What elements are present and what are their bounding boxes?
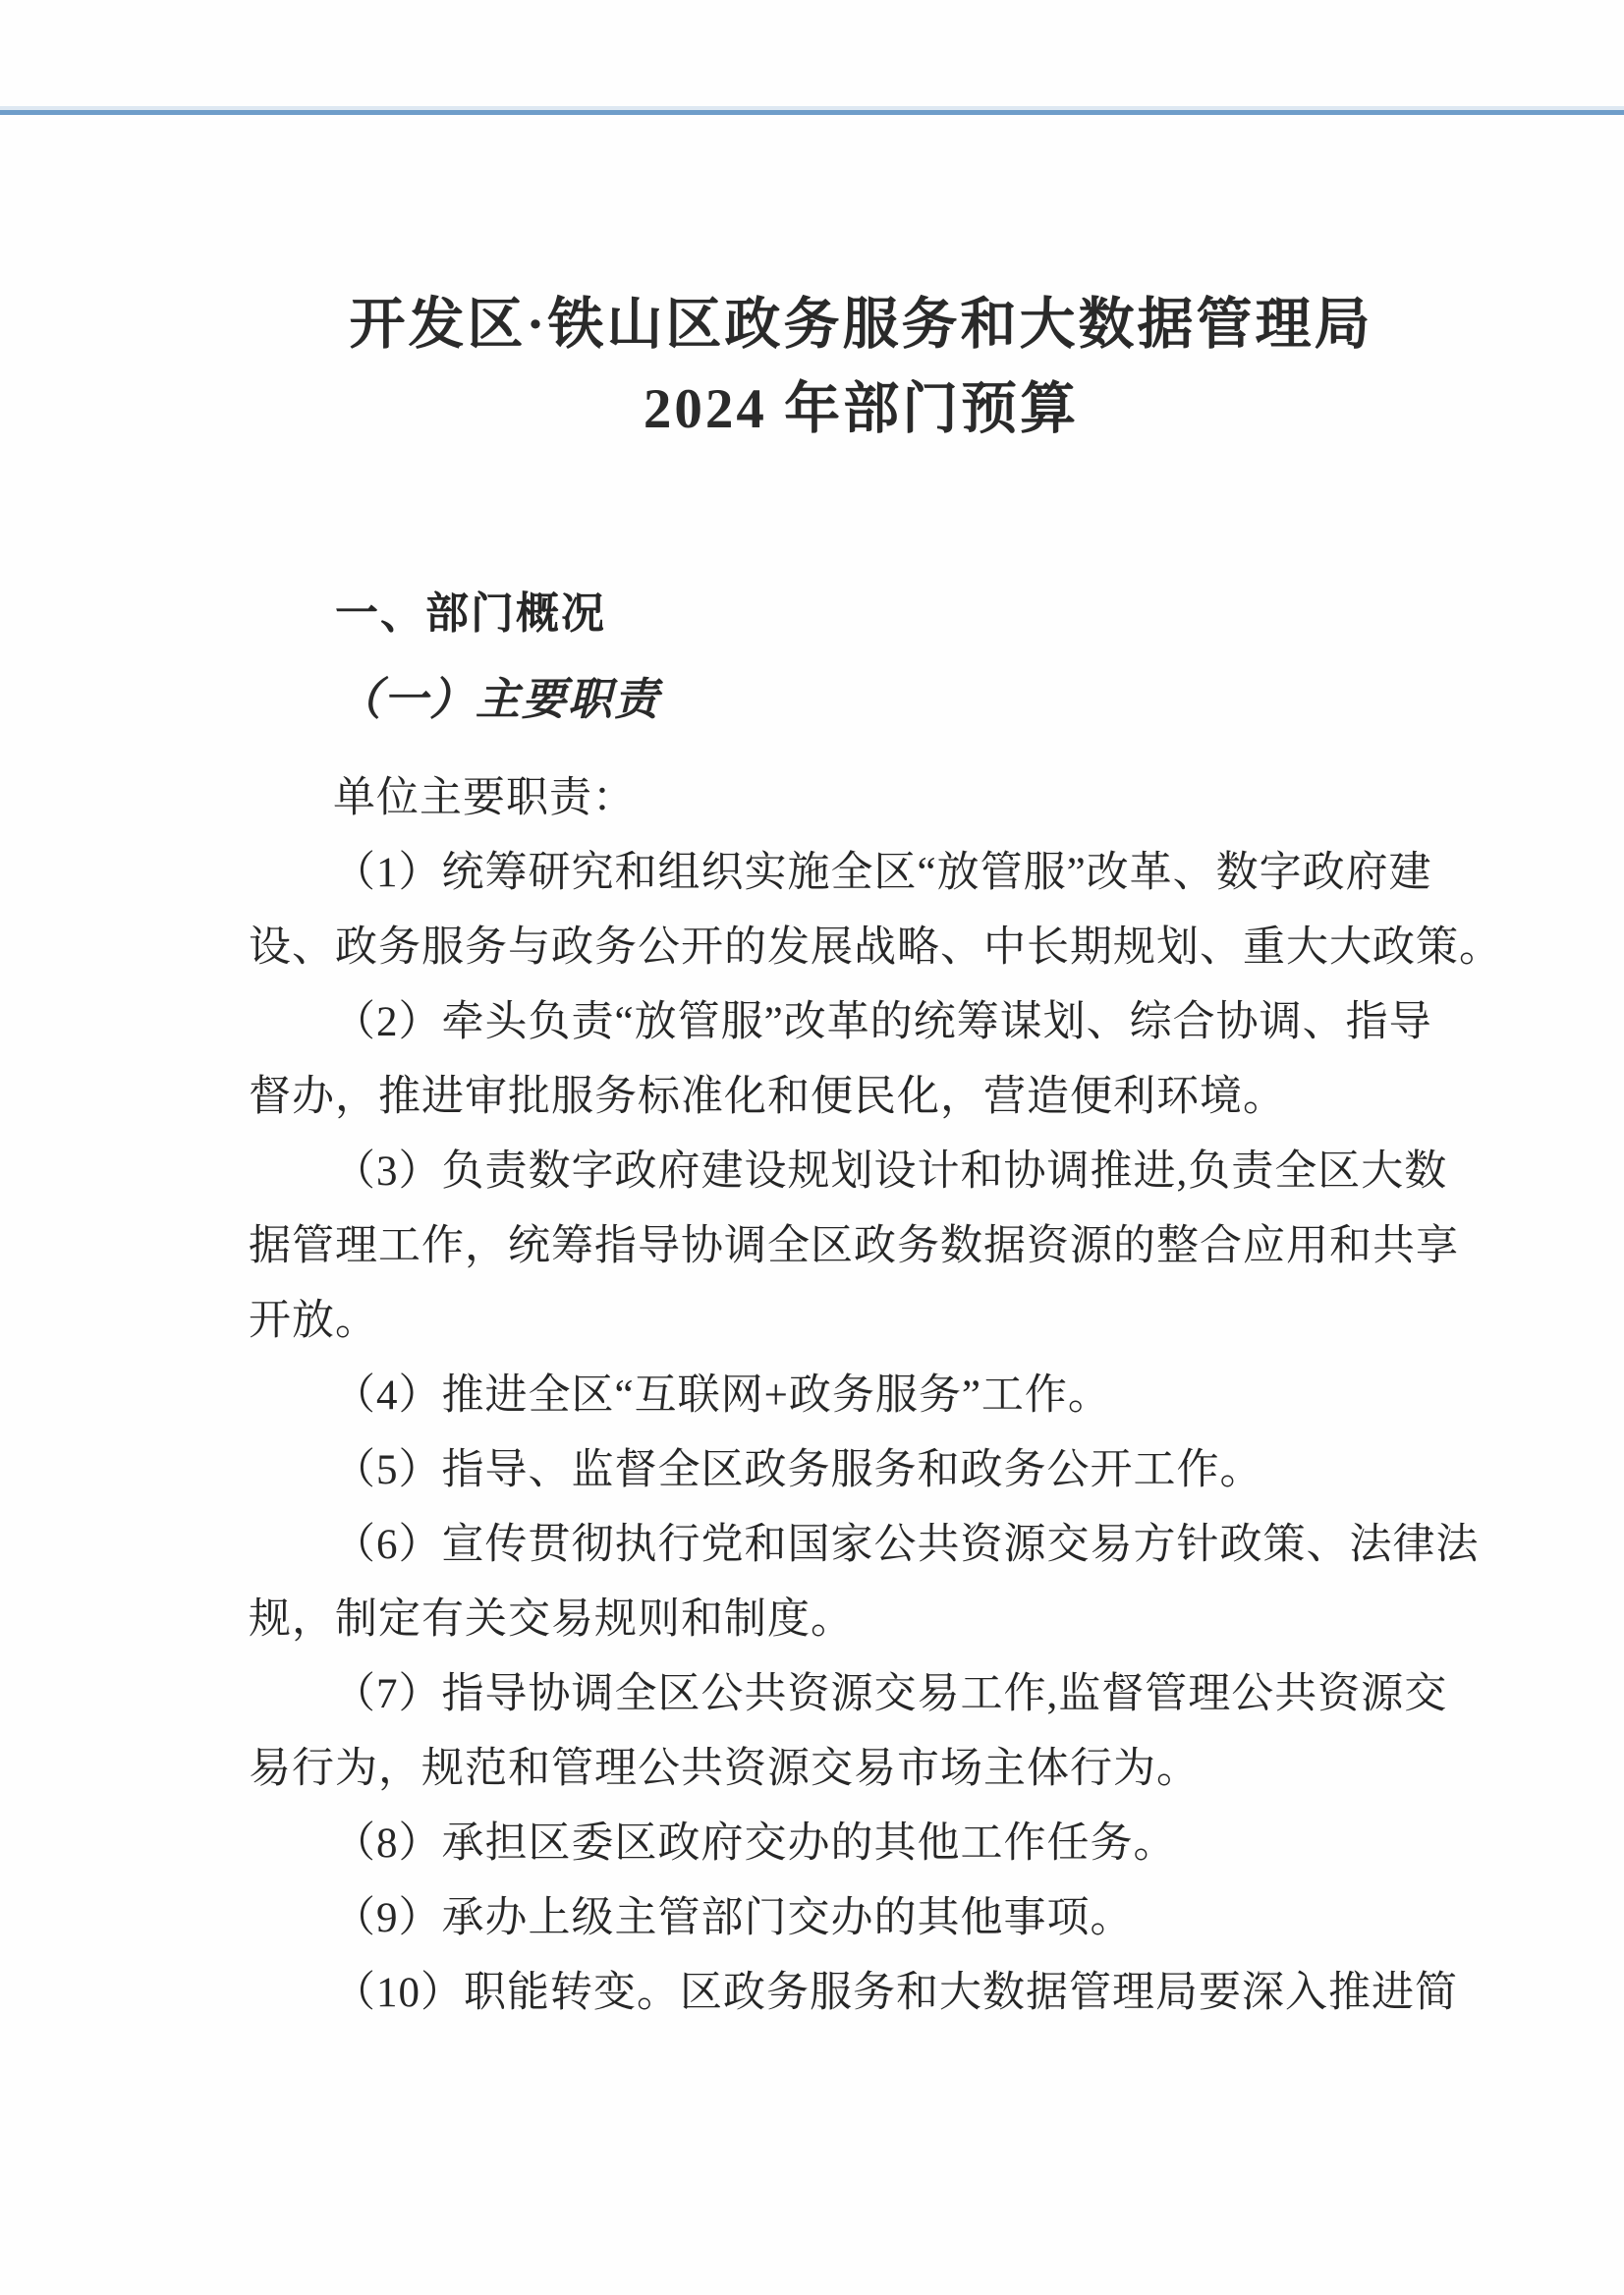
title-line-2: 2024 年部门预算 xyxy=(249,367,1474,452)
body-line: 设、政务服务与政务公开的发展战略、中长期规划、重大大政策。 xyxy=(249,911,1474,985)
body-line: 规，制定有关交易规则和制度。 xyxy=(249,1583,1474,1657)
body-line: （10）职能转变。区政务服务和大数据管理局要深入推进简 xyxy=(249,1956,1474,2031)
body-line: （2）牵头负责“放管服”改革的统筹谋划、综合协调、指导 xyxy=(249,985,1474,1060)
body-line: 开放。 xyxy=(249,1284,1474,1359)
section-heading: 一、部门概况 xyxy=(249,592,1474,636)
body-line: （8）承担区委区政府交办的其他工作任务。 xyxy=(249,1807,1474,1881)
body-line: （9）承办上级主管部门交办的其他事项。 xyxy=(249,1881,1474,1956)
body-line: （5）指导、监督全区政务服务和政务公开工作。 xyxy=(249,1433,1474,1508)
body-line: （7）指导协调全区公共资源交易工作,监督管理公共资源交 xyxy=(249,1657,1474,1732)
document-body: 开发区·铁山区政务服务和大数据管理局 2024 年部门预算 一、部门概况 （一）… xyxy=(249,0,1474,2031)
body-line: 单位主要职责： xyxy=(249,761,1474,836)
body-line: 易行为，规范和管理公共资源交易市场主体行为。 xyxy=(249,1732,1474,1807)
document-title: 开发区·铁山区政务服务和大数据管理局 2024 年部门预算 xyxy=(249,283,1474,452)
body-line: 督办，推进审批服务标准化和便民化，营造便利环境。 xyxy=(249,1060,1474,1135)
document-page: 开发区·铁山区政务服务和大数据管理局 2024 年部门预算 一、部门概况 （一）… xyxy=(0,0,1624,2295)
body-line: 据管理工作，统筹指导协调全区政务数据资源的整合应用和共享 xyxy=(249,1209,1474,1284)
title-line-1: 开发区·铁山区政务服务和大数据管理局 xyxy=(249,283,1474,367)
body-line: （1）统筹研究和组织实施全区“放管服”改革、数字政府建 xyxy=(249,836,1474,911)
body-line: （6）宣传贯彻执行党和国家公共资源交易方针政策、法律法 xyxy=(249,1508,1474,1583)
body-line: （4）推进全区“互联网+政务服务”工作。 xyxy=(249,1359,1474,1433)
body-text: 单位主要职责：（1）统筹研究和组织实施全区“放管服”改革、数字政府建设、政务服务… xyxy=(249,761,1474,2031)
body-line: （3）负责数字政府建设规划设计和协调推进,负责全区大数 xyxy=(249,1135,1474,1209)
subsection-heading: （一）主要职责 xyxy=(249,678,1474,722)
